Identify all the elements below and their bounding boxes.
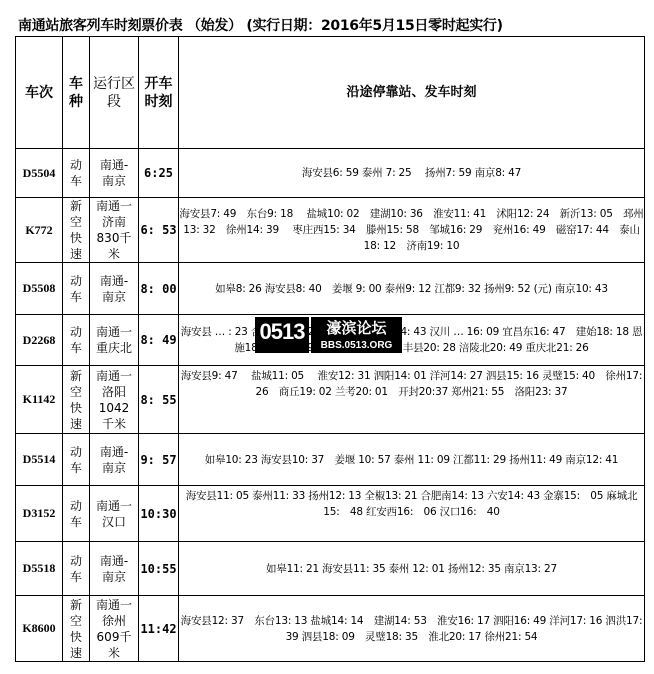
route-text: 南通一洛阳 1042千米 <box>94 368 134 432</box>
train-type-text: 动车 <box>70 553 83 585</box>
stops: 如皋10: 23 海安县10: 37 姜堰 10: 57 泰州 11: 09 江… <box>179 434 645 486</box>
watermark-name: 濠滨论坛 <box>311 317 402 339</box>
train-number: D5514 <box>16 434 63 486</box>
depart-time: 6: 53 <box>139 198 179 263</box>
stops: 海安县12: 37 东台13: 13 盐城14: 14 建湖14: 53 淮安1… <box>179 596 645 662</box>
route: 南通-南京 <box>90 263 139 315</box>
train-type: 动车 <box>63 486 90 542</box>
depart-time: 8: 49 <box>139 315 179 366</box>
table-row: D5514 动车 南通-南京 9: 57 如皋10: 23 海安县10: 37 … <box>16 434 645 486</box>
train-type-text: 新空快速 <box>70 198 83 262</box>
train-number: D2268 <box>16 315 63 366</box>
stops: 海安县6: 59 泰州 7: 25 扬州7: 59 南京8: 47 <box>179 149 645 198</box>
route-text: 南通-南京 <box>94 444 134 476</box>
train-type-text: 动车 <box>70 273 83 305</box>
depart-time: 6:25 <box>139 149 179 198</box>
train-number: D5508 <box>16 263 63 315</box>
route-text: 南通-南京 <box>94 157 134 189</box>
stops: 海安县11: 05 泰州11: 33 扬州12: 13 全椒13: 21 合肥南… <box>179 486 645 542</box>
table-row: D5504 动车 南通-南京 6:25 海安县6: 59 泰州 7: 25 扬州… <box>16 149 645 198</box>
train-type: 动车 <box>63 263 90 315</box>
table-row: K8600 新空快速 南通一徐州609千米 11:42 海安县12: 37 东台… <box>16 596 645 662</box>
header-type: 车种 <box>63 37 90 149</box>
header-depart: 开车时刻 <box>139 37 179 149</box>
train-type-text: 新空快速 <box>70 597 83 661</box>
route: 南通一济南 830千米 <box>90 198 139 263</box>
table-row: D5508 动车 南通-南京 8: 00 如皋8: 26 海安县8: 40 姜堰… <box>16 263 645 315</box>
train-type: 动车 <box>63 434 90 486</box>
depart-time: 10:30 <box>139 486 179 542</box>
stops: 如皋8: 26 海安县8: 40 姜堰 9: 00 泰州9: 12 江都9: 3… <box>179 263 645 315</box>
header-stops: 沿途停靠站、发车时刻 <box>179 37 645 149</box>
table-row: D5518 动车 南通-南京 10:55 如皋11: 21 海安县11: 35 … <box>16 542 645 596</box>
header-train: 车次 <box>16 37 63 149</box>
train-type: 动车 <box>63 315 90 366</box>
header-row: 车次 车种 运行区段 开车时刻 沿途停靠站、发车时刻 <box>16 37 645 149</box>
depart-time: 8: 55 <box>139 366 179 434</box>
header-route-text: 运行区段 <box>92 75 136 111</box>
table-row: K772 新空快速 南通一济南 830千米 6: 53 海安县7: 49 东台9… <box>16 198 645 263</box>
route: 南通一汉口 <box>90 486 139 542</box>
train-type: 动车 <box>63 542 90 596</box>
route: 南通-南京 <box>90 149 139 198</box>
train-number: K772 <box>16 198 63 263</box>
train-type: 新空快速 <box>63 596 90 662</box>
route: 南通一洛阳 1042千米 <box>90 366 139 434</box>
train-number: K1142 <box>16 366 63 434</box>
header-depart-text: 开车时刻 <box>144 75 174 111</box>
table-row: D3152 动车 南通一汉口 10:30 海安县11: 05 泰州11: 33 … <box>16 486 645 542</box>
route: 南通一徐州609千米 <box>90 596 139 662</box>
stops: 海安县 … : 23 合肥南12: 22 六安12: 52 汉口14: 43 汉… <box>179 315 645 366</box>
train-type-text: 动车 <box>70 444 83 476</box>
route: 南通-南京 <box>90 434 139 486</box>
route-text: 南通-南京 <box>94 273 134 305</box>
route-text: 南通一徐州609千米 <box>94 597 134 661</box>
train-type: 动车 <box>63 149 90 198</box>
route-text: 南通-南京 <box>94 553 134 585</box>
route: 南通一重庆北 <box>90 315 139 366</box>
depart-time: 9: 57 <box>139 434 179 486</box>
depart-time: 8: 00 <box>139 263 179 315</box>
train-type: 新空快速 <box>63 366 90 434</box>
stops: 海安县9: 47 盐城11: 05 淮安12: 31 泗阳14: 01 洋河14… <box>179 366 645 434</box>
depart-time: 11:42 <box>139 596 179 662</box>
train-type-text: 动车 <box>70 157 83 189</box>
train-number: K8600 <box>16 596 63 662</box>
route: 南通-南京 <box>90 542 139 596</box>
depart-time: 10:55 <box>139 542 179 596</box>
train-number: D3152 <box>16 486 63 542</box>
table-row: K1142 新空快速 南通一洛阳 1042千米 8: 55 海安县9: 47 盐… <box>16 366 645 434</box>
route-text: 南通一重庆北 <box>94 324 134 356</box>
stops: 如皋11: 21 海安县11: 35 泰州 12: 01 扬州12: 35 南京… <box>179 542 645 596</box>
header-route: 运行区段 <box>90 37 139 149</box>
watermark-url: BBS.0513.ORG <box>311 339 402 353</box>
train-number: D5504 <box>16 149 63 198</box>
train-number: D5518 <box>16 542 63 596</box>
route-text: 南通一汉口 <box>94 498 134 530</box>
train-type-text: 新空快速 <box>70 368 83 432</box>
page-title: 南通站旅客列车时刻票价表 （始发） (实行日期：2016年5月15日零时起实行) <box>18 15 503 35</box>
route-text: 南通一济南 830千米 <box>94 198 134 262</box>
stops: 海安县7: 49 东台9: 18 盐城10: 02 建湖10: 36 淮安11:… <box>179 198 645 263</box>
train-type-text: 动车 <box>70 324 83 356</box>
train-type-text: 动车 <box>70 498 83 530</box>
header-type-text: 车种 <box>69 75 83 111</box>
watermark-logo: 0513 <box>255 317 309 353</box>
train-type: 新空快速 <box>63 198 90 263</box>
forum-watermark: 0513 濠滨论坛 BBS.0513.ORG <box>255 317 402 353</box>
